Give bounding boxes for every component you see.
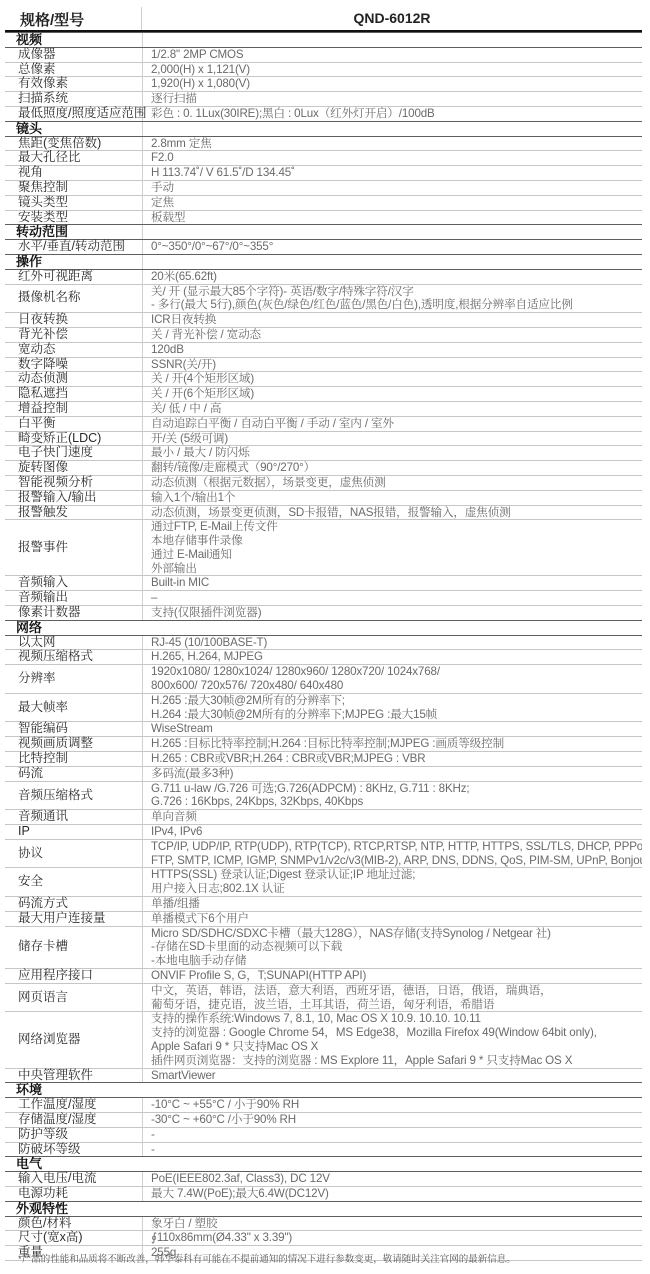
spec-value-line: 800x600/ 720x576/ 720x480/ 640x480 bbox=[151, 679, 642, 693]
spec-value: SmartViewer bbox=[143, 1069, 642, 1083]
spec-value-line: 输入1个/输出1个 bbox=[151, 491, 642, 505]
spec-value: 120dB bbox=[143, 343, 642, 357]
spec-label: 网络浏览器 bbox=[5, 1012, 143, 1067]
spec-value: 2,000(H) x 1,121(V) bbox=[143, 63, 642, 77]
spec-value: 象牙白 / 塑胶 bbox=[143, 1217, 642, 1231]
spec-value-line: -30°C ~ +60°C /小于90% RH bbox=[151, 1113, 642, 1127]
spec-label: 码流方式 bbox=[5, 897, 143, 911]
spec-row: IPIPv4, IPv6 bbox=[5, 825, 642, 840]
spec-label: 最大用户连接量 bbox=[5, 912, 143, 926]
spec-label: 分辨率 bbox=[5, 665, 143, 693]
spec-value-line: 翻转/镜像/走廊模式（90°/270°） bbox=[151, 461, 642, 475]
spec-label: 以太网 bbox=[5, 636, 143, 650]
spec-value-line: - bbox=[151, 1143, 642, 1157]
spec-value: -10°C ~ +55°C / 小于90% RH bbox=[143, 1098, 642, 1112]
spec-row: 防破坏等级- bbox=[5, 1143, 642, 1158]
spec-row: 储存卡槽Micro SD/SDHC/SDXC卡槽（最大128G），NAS存储(支… bbox=[5, 927, 642, 969]
spec-value-line: 支持的操作系统:Windows 7, 8.1, 10, Mac OS X 10.… bbox=[151, 1012, 642, 1026]
section-title: 镜头 bbox=[5, 122, 143, 136]
spec-value-line: H.265 :最大30帧@2M所有的分辨率下; bbox=[151, 694, 642, 708]
spec-value: TCP/IP, UDP/IP, RTP(UDP), RTP(TCP), RTCP… bbox=[143, 840, 642, 868]
spec-row: 最低照度/照度适应范围彩色 : 0. 1Lux(30IRE);黑白 : 0Lux… bbox=[5, 107, 642, 122]
spec-value-line: 板载型 bbox=[151, 211, 642, 225]
spec-value: Micro SD/SDHC/SDXC卡槽（最大128G），NAS存储(支持Syn… bbox=[143, 927, 642, 968]
spec-label: 音频压缩格式 bbox=[5, 782, 143, 810]
spec-value-line: Built-in MIC bbox=[151, 576, 642, 590]
spec-value-line: PoE(IEEE802.3af, Class3), DC 12V bbox=[151, 1172, 642, 1186]
spec-row: 比特控制H.265 : CBR或VBR;H.264 : CBR或VBR;MJPE… bbox=[5, 752, 642, 767]
spec-label: 视频画质调整 bbox=[5, 737, 143, 751]
spec-table-header: 规格/型号 QND-6012R bbox=[5, 0, 642, 30]
spec-model-column-label: 规格/型号 bbox=[20, 9, 84, 30]
spec-value-line: 葡萄牙语，捷克语，波兰语，土耳其语，荷兰语，匈牙利语，希腊语 bbox=[151, 998, 642, 1012]
spec-label: 最低照度/照度适应范围 bbox=[5, 107, 143, 121]
spec-row: 报警事件通过FTP, E-Mail上传文件本地存储事件录像通过 E-Mail通知… bbox=[5, 520, 642, 576]
spec-value-line: -本地电脑手动存储 bbox=[151, 954, 642, 968]
spec-row: 智能视频分析动态侦测（根据元数据），场景变更，虚焦侦测 bbox=[5, 476, 642, 491]
spec-label: 储存卡槽 bbox=[5, 927, 143, 968]
spec-label: 成像器 bbox=[5, 48, 143, 62]
section-header: 视频 bbox=[5, 32, 642, 48]
spec-value-line: 动态侦测（根据元数据），场景变更，虚焦侦测 bbox=[151, 476, 642, 490]
spec-value: 中文，英语，韩语，法语，意大利语，西班牙语，德语，日语，俄语，瑞典语，葡萄牙语，… bbox=[143, 984, 642, 1012]
spec-label: 比特控制 bbox=[5, 752, 143, 766]
spec-row: 红外可视距离20米(65.62ft) bbox=[5, 270, 642, 285]
spec-value: 板载型 bbox=[143, 211, 642, 225]
spec-row: 报警触发动态侦测，场景变更侦测，SD卡报错，NAS报错，报警输入，虚焦侦测 bbox=[5, 506, 642, 521]
spec-value: 动态侦测（根据元数据），场景变更，虚焦侦测 bbox=[143, 476, 642, 490]
spec-label: 像素计数器 bbox=[5, 606, 143, 620]
spec-row: 视频压缩格式H.265, H.264, MJPEG bbox=[5, 650, 642, 665]
spec-value: H 113.74˚/ V 61.5˚/D 134.45˚ bbox=[143, 166, 642, 180]
section-header: 电气 bbox=[5, 1156, 642, 1172]
spec-row: 有效像素1,920(H) x 1,080(V) bbox=[5, 77, 642, 92]
spec-label: 音频通讯 bbox=[5, 810, 143, 824]
spec-value-line: 关 / 开(6个矩形区域) bbox=[151, 387, 642, 401]
spec-label: 有效像素 bbox=[5, 77, 143, 91]
spec-value-line: 120dB bbox=[151, 343, 642, 357]
spec-value-line: H.265, H.264, MJPEG bbox=[151, 650, 642, 664]
spec-label: 隐私遮挡 bbox=[5, 387, 143, 401]
spec-label: 中央管理软件 bbox=[5, 1069, 143, 1083]
spec-value: H.265 :最大30帧@2M所有的分辨率下;H.264 :最大30帧@2M所有… bbox=[143, 694, 642, 722]
spec-value: F2.0 bbox=[143, 151, 642, 165]
spec-value-line: 手动 bbox=[151, 181, 642, 195]
spec-row: 工作温度/湿度-10°C ~ +55°C / 小于90% RH bbox=[5, 1098, 642, 1113]
spec-label: 尺寸(宽x高) bbox=[5, 1231, 143, 1245]
spec-value: 支持(仅限插件浏览器) bbox=[143, 606, 642, 620]
spec-value: 0°~350°/0°~67°/0°~355° bbox=[143, 240, 642, 254]
spec-label: 协议 bbox=[5, 840, 143, 868]
spec-label: 报警触发 bbox=[5, 506, 143, 520]
spec-value: 1920x1080/ 1280x1024/ 1280x960/ 1280x720… bbox=[143, 665, 642, 693]
spec-label: 音频输入 bbox=[5, 576, 143, 590]
spec-label: 白平衡 bbox=[5, 417, 143, 431]
spec-row: 报警输入/输出输入1个/输出1个 bbox=[5, 491, 642, 506]
spec-label: 输入电压/电流 bbox=[5, 1172, 143, 1186]
spec-row: 网络浏览器支持的操作系统:Windows 7, 8.1, 10, Mac OS … bbox=[5, 1012, 642, 1068]
spec-row: 尺寸(宽x高)∮110x86mm(Ø4.33" x 3.39") bbox=[5, 1231, 642, 1246]
spec-value-line: SSNR(关/开) bbox=[151, 358, 642, 372]
spec-row: 视频画质调整H.265 :目标比特率控制;H.264 :目标比特率控制;MJPE… bbox=[5, 737, 642, 752]
spec-value: 1/2.8" 2MP CMOS bbox=[143, 48, 642, 62]
spec-value-line: 最小 / 最大 / 防闪烁 bbox=[151, 446, 642, 460]
spec-value-line: 支持(仅限插件浏览器) bbox=[151, 606, 642, 620]
spec-label: 安全 bbox=[5, 868, 143, 896]
spec-value-line: 插件网页浏览器：支持的浏览器 : MS Explore 11，Apple Saf… bbox=[151, 1054, 642, 1068]
spec-label: 智能视频分析 bbox=[5, 476, 143, 490]
spec-row: 安全HTTPS(SSL) 登录认证;Digest 登录认证;IP 地址过滤;用户… bbox=[5, 868, 642, 897]
spec-value-line: IPv4, IPv6 bbox=[151, 825, 642, 839]
spec-row: 成像器1/2.8" 2MP CMOS bbox=[5, 48, 642, 63]
spec-value-line: 0°~350°/0°~67°/0°~355° bbox=[151, 240, 642, 254]
spec-label: 镜头类型 bbox=[5, 196, 143, 210]
spec-value: 定焦 bbox=[143, 196, 642, 210]
spec-value-line: H 113.74˚/ V 61.5˚/D 134.45˚ bbox=[151, 166, 642, 180]
spec-row: 电源功耗最大 7.4W(PoE);最大6.4W(DC12V) bbox=[5, 1187, 642, 1202]
spec-label: 电源功耗 bbox=[5, 1187, 143, 1201]
spec-value: 20米(65.62ft) bbox=[143, 270, 642, 284]
spec-row: 存储温度/湿度-30°C ~ +60°C /小于90% RH bbox=[5, 1113, 642, 1128]
spec-value-line: FTP, SMTP, ICMP, IGMP, SNMPv1/v2c/v3(MIB… bbox=[151, 854, 642, 868]
spec-value-line: 用户接入日志;802.1X 认证 bbox=[151, 882, 642, 896]
spec-row: 安装类型板载型 bbox=[5, 211, 642, 226]
spec-row: 数字降噪SSNR(关/开) bbox=[5, 358, 642, 373]
spec-value-line: H.264 :最大30帧@2M所有的分辨率下;MJPEG :最大15帧 bbox=[151, 708, 642, 722]
spec-value: 彩色 : 0. 1Lux(30IRE);黑白 : 0Lux（红外灯开启）/100… bbox=[143, 107, 642, 121]
spec-label: 电子快门速度 bbox=[5, 446, 143, 460]
spec-label: 报警事件 bbox=[5, 520, 143, 575]
section-header: 操作 bbox=[5, 254, 642, 270]
spec-row: 音频压缩格式G.711 u-law /G.726 可选;G.726(ADPCM)… bbox=[5, 782, 642, 811]
spec-value-line: 支持的浏览器 : Google Chrome 54，MS Edge38，Mozi… bbox=[151, 1026, 642, 1040]
spec-value-line: -10°C ~ +55°C / 小于90% RH bbox=[151, 1098, 642, 1112]
spec-value-line: 1920x1080/ 1280x1024/ 1280x960/ 1280x720… bbox=[151, 665, 642, 679]
spec-value-line: 2.8mm 定焦 bbox=[151, 137, 642, 151]
spec-label: IP bbox=[5, 825, 143, 839]
spec-value-line: 彩色 : 0. 1Lux(30IRE);黑白 : 0Lux（红外灯开启）/100… bbox=[151, 107, 642, 121]
spec-value-line: 1,920(H) x 1,080(V) bbox=[151, 77, 642, 91]
spec-value-line: H.265 :目标比特率控制;H.264 :目标比特率控制;MJPEG :画质等… bbox=[151, 737, 642, 751]
spec-row: 输入电压/电流PoE(IEEE802.3af, Class3), DC 12V bbox=[5, 1172, 642, 1187]
spec-row: 码流方式单播/组播 bbox=[5, 897, 642, 912]
spec-value-line: 20米(65.62ft) bbox=[151, 270, 642, 284]
model-name: QND-6012R bbox=[142, 10, 642, 26]
spec-value: 关/ 开 (显示最大85个字符)- 英语/数字/特殊字符/汉字- 多行(最大 5… bbox=[143, 285, 642, 313]
spec-value: 通过FTP, E-Mail上传文件本地存储事件录像通过 E-Mail通知外部输出 bbox=[143, 520, 642, 575]
spec-value: ONVIF Profile S, G，T;SUNAPI(HTTP API) bbox=[143, 969, 642, 983]
spec-value-line: 单播模式下6个用户 bbox=[151, 912, 642, 926]
spec-row: 旋转图像翻转/镜像/走廊模式（90°/270°） bbox=[5, 461, 642, 476]
spec-value: ∮110x86mm(Ø4.33" x 3.39") bbox=[143, 1231, 642, 1245]
spec-row: 视角H 113.74˚/ V 61.5˚/D 134.45˚ bbox=[5, 166, 642, 181]
spec-value: 单向音频 bbox=[143, 810, 642, 824]
spec-row: 镜头类型定焦 bbox=[5, 196, 642, 211]
spec-value: 最大 7.4W(PoE);最大6.4W(DC12V) bbox=[143, 1187, 642, 1201]
spec-value-line: 2,000(H) x 1,121(V) bbox=[151, 63, 642, 77]
section-title: 电气 bbox=[5, 1157, 142, 1171]
spec-value-line: -存储在SD卡里面的动态视频可以下载 bbox=[151, 940, 642, 954]
spec-value-line: 关 / 开(4个矩形区域) bbox=[151, 372, 642, 386]
spec-value: 输入1个/输出1个 bbox=[143, 491, 642, 505]
spec-value-line: 通过 E-Mail通知 bbox=[151, 548, 642, 562]
spec-value: H.265, H.264, MJPEG bbox=[143, 650, 642, 664]
spec-row: 应用程序接口ONVIF Profile S, G，T;SUNAPI(HTTP A… bbox=[5, 969, 642, 984]
spec-value-line: ICR日夜转换 bbox=[151, 313, 642, 327]
spec-label: 视角 bbox=[5, 166, 143, 180]
spec-value: – bbox=[143, 591, 642, 605]
spec-value-line: Apple Safari 9 * 只支持Mac OS X bbox=[151, 1040, 642, 1054]
spec-value-line: 单播/组播 bbox=[151, 897, 642, 911]
spec-row: 最大帧率H.265 :最大30帧@2M所有的分辨率下;H.264 :最大30帧@… bbox=[5, 694, 642, 723]
section-header: 外观特性 bbox=[5, 1201, 642, 1217]
section-header: 网络 bbox=[5, 620, 642, 636]
spec-value-line: TCP/IP, UDP/IP, RTP(UDP), RTP(TCP), RTCP… bbox=[151, 840, 642, 854]
spec-value: 关 / 背光补偿 / 宽动态 bbox=[143, 328, 642, 342]
spec-row: 防护等级- bbox=[5, 1128, 642, 1143]
spec-value: 多码流(最多3种) bbox=[143, 767, 642, 781]
spec-label: 安装类型 bbox=[5, 211, 143, 225]
spec-label: 日夜转换 bbox=[5, 313, 143, 327]
spec-value-line: F2.0 bbox=[151, 151, 642, 165]
spec-value: H.265 : CBR或VBR;H.264 : CBR或VBR;MJPEG : … bbox=[143, 752, 642, 766]
spec-table: 视频成像器1/2.8" 2MP CMOS总像素2,000(H) x 1,121(… bbox=[5, 33, 642, 1261]
spec-value: 单播模式下6个用户 bbox=[143, 912, 642, 926]
spec-row: 日夜转换ICR日夜转换 bbox=[5, 313, 642, 328]
spec-label: 宽动态 bbox=[5, 343, 143, 357]
spec-value: G.711 u-law /G.726 可选;G.726(ADPCM) : 8KH… bbox=[143, 782, 642, 810]
spec-row: 音频通讯单向音频 bbox=[5, 810, 642, 825]
spec-value: 动态侦测，场景变更侦测，SD卡报错，NAS报错，报警输入，虚焦侦测 bbox=[143, 506, 642, 520]
spec-value: 1,920(H) x 1,080(V) bbox=[143, 77, 642, 91]
spec-value-line: ∮110x86mm(Ø4.33" x 3.39") bbox=[151, 1231, 642, 1245]
spec-value-line: HTTPS(SSL) 登录认证;Digest 登录认证;IP 地址过滤; bbox=[151, 868, 642, 882]
spec-row: 背光补偿关 / 背光补偿 / 宽动态 bbox=[5, 328, 642, 343]
spec-value-line: - 多行(最大 5行),颜色(灰色/绿色/红色/蓝色/黑色/白色),透明度,根据… bbox=[151, 298, 642, 312]
spec-label: 工作温度/湿度 bbox=[5, 1098, 143, 1112]
spec-value-line: 自动追踪白平衡 / 自动白平衡 / 手动 / 室内 / 室外 bbox=[151, 417, 642, 431]
spec-row: 中央管理软件SmartViewer bbox=[5, 1069, 642, 1084]
spec-value-line: 中文，英语，韩语，法语，意大利语，西班牙语，德语，日语，俄语，瑞典语， bbox=[151, 984, 642, 998]
spec-row: 焦距(变焦倍数)2.8mm 定焦 bbox=[5, 137, 642, 152]
spec-label: 背光补偿 bbox=[5, 328, 143, 342]
spec-row: 增益控制关/ 低 / 中 / 高 bbox=[5, 402, 642, 417]
spec-value-line: 1/2.8" 2MP CMOS bbox=[151, 48, 642, 62]
spec-row: 音频输出– bbox=[5, 591, 642, 606]
spec-row: 网页语言中文，英语，韩语，法语，意大利语，西班牙语，德语，日语，俄语，瑞典语，葡… bbox=[5, 984, 642, 1013]
spec-value-line: 关/ 低 / 中 / 高 bbox=[151, 402, 642, 416]
spec-value: 自动追踪白平衡 / 自动白平衡 / 手动 / 室内 / 室外 bbox=[143, 417, 642, 431]
spec-label: 畸变矫正(LDC) bbox=[5, 432, 143, 446]
spec-value-line: SmartViewer bbox=[151, 1069, 642, 1083]
spec-value: 最小 / 最大 / 防闪烁 bbox=[143, 446, 642, 460]
spec-value: - bbox=[143, 1143, 642, 1157]
spec-value-line: RJ-45 (10/100BASE-T) bbox=[151, 636, 642, 650]
spec-row: 颜色/材料象牙白 / 塑胶 bbox=[5, 1217, 642, 1232]
spec-value: 单播/组播 bbox=[143, 897, 642, 911]
section-title: 外观特性 bbox=[5, 1202, 142, 1216]
spec-label: 摄像机名称 bbox=[5, 285, 143, 313]
spec-value-line: – bbox=[151, 591, 642, 605]
spec-value-line: 定焦 bbox=[151, 196, 642, 210]
spec-label: 防破坏等级 bbox=[5, 1143, 143, 1157]
spec-row: 最大用户连接量单播模式下6个用户 bbox=[5, 912, 642, 927]
spec-label: 数字降噪 bbox=[5, 358, 143, 372]
spec-label: 增益控制 bbox=[5, 402, 143, 416]
spec-value: 关/ 低 / 中 / 高 bbox=[143, 402, 642, 416]
spec-value: 翻转/镜像/走廊模式（90°/270°） bbox=[143, 461, 642, 475]
spec-label: 报警输入/输出 bbox=[5, 491, 143, 505]
spec-row: 宽动态120dB bbox=[5, 343, 642, 358]
section-title: 环境 bbox=[5, 1083, 142, 1097]
spec-row: 动态侦测关 / 开(4个矩形区域) bbox=[5, 372, 642, 387]
spec-row: 像素计数器支持(仅限插件浏览器) bbox=[5, 606, 642, 621]
spec-label: 网页语言 bbox=[5, 984, 143, 1012]
spec-value-line: 逐行扫描 bbox=[151, 92, 642, 106]
spec-value: H.265 :目标比特率控制;H.264 :目标比特率控制;MJPEG :画质等… bbox=[143, 737, 642, 751]
spec-label: 红外可视距离 bbox=[5, 270, 143, 284]
spec-value-line: 外部输出 bbox=[151, 562, 642, 576]
spec-value: SSNR(关/开) bbox=[143, 358, 642, 372]
spec-label: 智能编码 bbox=[5, 722, 143, 736]
spec-label: 存储温度/湿度 bbox=[5, 1113, 143, 1127]
spec-row: 智能编码WiseStream bbox=[5, 722, 642, 737]
spec-row: 水平/垂直/转动范围0°~350°/0°~67°/0°~355° bbox=[5, 240, 642, 255]
section-header: 转动范围 bbox=[5, 224, 642, 240]
spec-label: 扫描系统 bbox=[5, 92, 143, 106]
spec-row: 摄像机名称关/ 开 (显示最大85个字符)- 英语/数字/特殊字符/汉字- 多行… bbox=[5, 285, 642, 314]
spec-value-line: WiseStream bbox=[151, 722, 642, 736]
spec-label: 最大孔径比 bbox=[5, 151, 143, 165]
spec-value-line: 多码流(最多3种) bbox=[151, 767, 642, 781]
spec-value-line: 象牙白 / 塑胶 bbox=[151, 1217, 642, 1231]
section-title: 网络 bbox=[5, 621, 142, 635]
spec-value-line: G.711 u-law /G.726 可选;G.726(ADPCM) : 8KH… bbox=[151, 782, 642, 796]
spec-label: 视频压缩格式 bbox=[5, 650, 143, 664]
spec-value: 逐行扫描 bbox=[143, 92, 642, 106]
spec-row: 畸变矫正(LDC)开/关 (5级可调) bbox=[5, 432, 642, 447]
spec-value-line: H.265 : CBR或VBR;H.264 : CBR或VBR;MJPEG : … bbox=[151, 752, 642, 766]
section-title: 视频 bbox=[5, 33, 143, 47]
spec-value: IPv4, IPv6 bbox=[143, 825, 642, 839]
spec-value: - bbox=[143, 1128, 642, 1142]
spec-label: 音频输出 bbox=[5, 591, 143, 605]
spec-row: 隐私遮挡关 / 开(6个矩形区域) bbox=[5, 387, 642, 402]
spec-value: HTTPS(SSL) 登录认证;Digest 登录认证;IP 地址过滤;用户接入… bbox=[143, 868, 642, 896]
spec-value: Built-in MIC bbox=[143, 576, 642, 590]
spec-row: 白平衡自动追踪白平衡 / 自动白平衡 / 手动 / 室内 / 室外 bbox=[5, 417, 642, 432]
spec-label: 水平/垂直/转动范围 bbox=[5, 240, 143, 254]
spec-label: 聚焦控制 bbox=[5, 181, 143, 195]
spec-value: WiseStream bbox=[143, 722, 642, 736]
section-title: 转动范围 bbox=[5, 225, 143, 239]
spec-value: -30°C ~ +60°C /小于90% RH bbox=[143, 1113, 642, 1127]
spec-label: 焦距(变焦倍数) bbox=[5, 137, 143, 151]
spec-row: 码流多码流(最多3种) bbox=[5, 767, 642, 782]
spec-label: 应用程序接口 bbox=[5, 969, 143, 983]
spec-value-line: 动态侦测，场景变更侦测，SD卡报错，NAS报错，报警输入，虚焦侦测 bbox=[151, 506, 642, 520]
section-header: 环境 bbox=[5, 1082, 642, 1098]
spec-label: 颜色/材料 bbox=[5, 1217, 143, 1231]
spec-row: 以太网RJ-45 (10/100BASE-T) bbox=[5, 636, 642, 651]
spec-value: 2.8mm 定焦 bbox=[143, 137, 642, 151]
spec-value: PoE(IEEE802.3af, Class3), DC 12V bbox=[143, 1172, 642, 1186]
spec-row: 聚焦控制手动 bbox=[5, 181, 642, 196]
spec-value-line: 通过FTP, E-Mail上传文件 bbox=[151, 520, 642, 534]
spec-value-line: Micro SD/SDHC/SDXC卡槽（最大128G），NAS存储(支持Syn… bbox=[151, 927, 642, 941]
spec-label: 防护等级 bbox=[5, 1128, 143, 1142]
section-header: 镜头 bbox=[5, 121, 642, 137]
spec-value: 手动 bbox=[143, 181, 642, 195]
spec-label: 码流 bbox=[5, 767, 143, 781]
spec-value: RJ-45 (10/100BASE-T) bbox=[143, 636, 642, 650]
spec-row: 扫描系统逐行扫描 bbox=[5, 92, 642, 107]
spec-value: 开/关 (5级可调) bbox=[143, 432, 642, 446]
spec-value: ICR日夜转换 bbox=[143, 313, 642, 327]
spec-value-line: G.726 : 16Kbps, 24Kbps, 32Kbps, 40Kbps bbox=[151, 795, 642, 809]
spec-row: 分辨率1920x1080/ 1280x1024/ 1280x960/ 1280x… bbox=[5, 665, 642, 694]
spec-label: 旋转图像 bbox=[5, 461, 143, 475]
section-title: 操作 bbox=[5, 255, 143, 269]
spec-row: 最大孔径比F2.0 bbox=[5, 151, 642, 166]
spec-row: 音频输入Built-in MIC bbox=[5, 576, 642, 591]
spec-row: 电子快门速度最小 / 最大 / 防闪烁 bbox=[5, 446, 642, 461]
footnote: *产品的性能和品质将不断改善，韩华泰科有可能在不提前通知的情况下进行参数变更，敬… bbox=[18, 1251, 516, 1265]
spec-value-line: 本地存储事件录像 bbox=[151, 534, 642, 548]
spec-label: 最大帧率 bbox=[5, 694, 143, 722]
spec-value: 关 / 开(6个矩形区域) bbox=[143, 387, 642, 401]
spec-value: 关 / 开(4个矩形区域) bbox=[143, 372, 642, 386]
spec-value-line: ONVIF Profile S, G，T;SUNAPI(HTTP API) bbox=[151, 969, 642, 983]
spec-row: 总像素2,000(H) x 1,121(V) bbox=[5, 63, 642, 78]
spec-value: 支持的操作系统:Windows 7, 8.1, 10, Mac OS X 10.… bbox=[143, 1012, 642, 1067]
spec-value-line: 关/ 开 (显示最大85个字符)- 英语/数字/特殊字符/汉字 bbox=[151, 285, 642, 299]
spec-value-line: 关 / 背光补偿 / 宽动态 bbox=[151, 328, 642, 342]
spec-value-line: 最大 7.4W(PoE);最大6.4W(DC12V) bbox=[151, 1187, 642, 1201]
spec-row: 协议TCP/IP, UDP/IP, RTP(UDP), RTP(TCP), RT… bbox=[5, 840, 642, 869]
spec-value-line: 开/关 (5级可调) bbox=[151, 432, 642, 446]
spec-value-line: - bbox=[151, 1128, 642, 1142]
spec-label: 动态侦测 bbox=[5, 372, 143, 386]
spec-label: 总像素 bbox=[5, 63, 143, 77]
spec-value-line: 单向音频 bbox=[151, 810, 642, 824]
